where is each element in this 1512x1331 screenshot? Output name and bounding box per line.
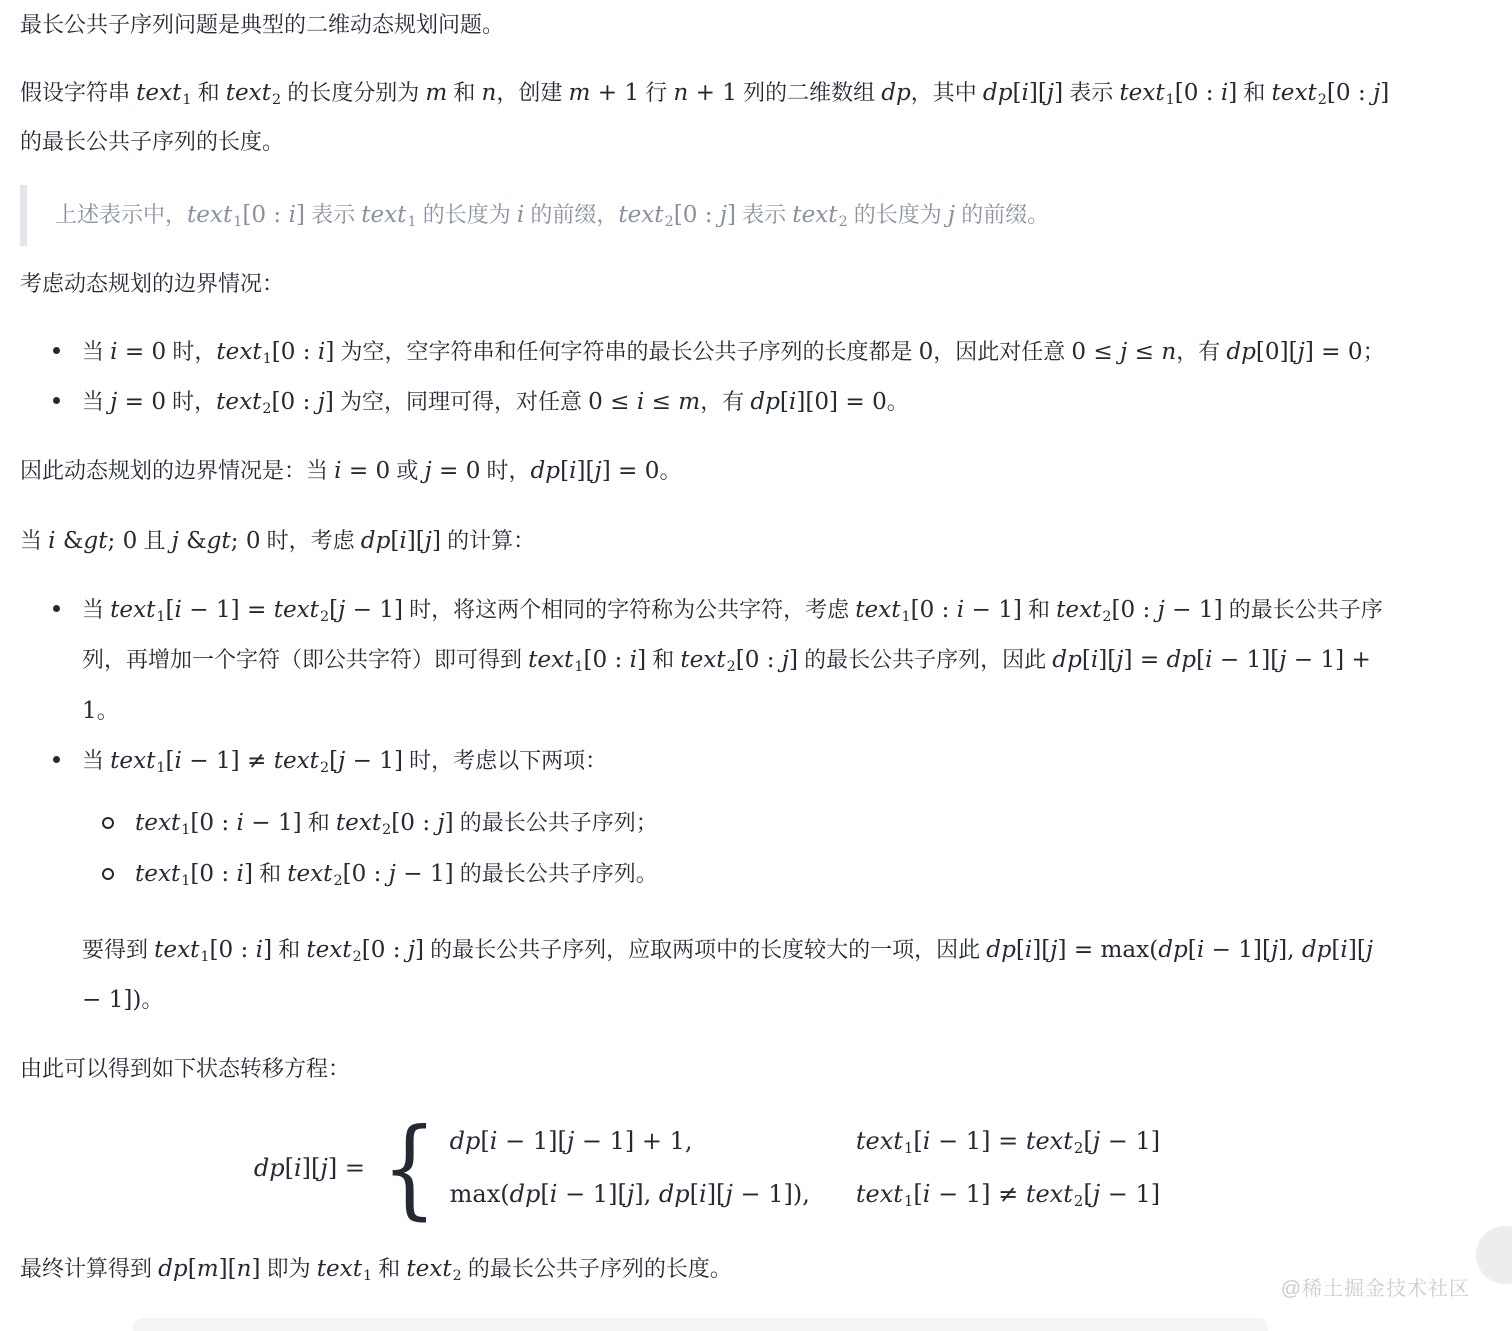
inline-math: text2 (792, 202, 847, 228)
text-run: 时， (166, 389, 216, 414)
inline-math: text1[0 : i] (528, 647, 646, 673)
text-run: 或 (390, 458, 424, 483)
paragraph: 最长公共子序列问题是典型的二维动态规划问题。 (20, 1, 1394, 49)
text-run: 因此动态规划的边界情况是：当 (20, 458, 334, 483)
text-run: 为空，空字符串和任何字符串的最长公共子序列的长度都是 (334, 339, 918, 364)
text-run: 和 (646, 647, 680, 672)
article-page: 最长公共子序列问题是典型的二维动态规划问题。假设字符串 text1 和 text… (0, 0, 1512, 1331)
inline-math: j = 0 (110, 389, 166, 415)
inline-math: text1 (361, 202, 416, 228)
inline-math: dp[i][j] = 0 (531, 458, 660, 484)
text-run: 和 (302, 810, 336, 835)
text-run: 表示 (305, 202, 361, 227)
inline-math: m (425, 80, 447, 106)
text-run: 时， (166, 339, 216, 364)
paragraph: 最终计算得到 dp[m][n] 即为 text1 和 text2 的最长公共子序… (20, 1244, 1394, 1294)
text-run: 的最长公共子序列，因此 (798, 647, 1052, 672)
article-body: 最长公共子序列问题是典型的二维动态规划问题。假设字符串 text1 和 text… (0, 0, 1512, 1294)
text-run: 当 (82, 389, 110, 414)
paragraph: 当 i &gt; 0 且 j &gt; 0 时，考虑 dp[i][j] 的计算： (20, 516, 1394, 566)
inline-math: text1[i − 1] ≠ text2[j − 1] (110, 748, 403, 774)
text-run: 和 (192, 80, 226, 105)
text-run: 的最长公共子序列。 (454, 861, 658, 886)
text-run: 。 (141, 987, 163, 1012)
text-run: ，创建 (496, 80, 568, 105)
text-run: 的计算： (441, 528, 535, 553)
inline-math: text2 (226, 80, 281, 106)
text-run: 要得到 (82, 937, 154, 962)
inline-math: dp[i][0] = 0 (750, 389, 886, 415)
text-run: 。 (887, 389, 909, 414)
text-run: 表示 (1063, 80, 1119, 105)
paragraph: 假设字符串 text1 和 text2 的长度分别为 m 和 n，创建 m + … (20, 68, 1394, 166)
inline-math: j (948, 202, 955, 228)
inline-math: 0 ≤ i ≤ m (588, 389, 700, 415)
text-run: ，有 (700, 389, 750, 414)
text-run: 的长度分别为 (281, 80, 425, 105)
text-run: 最长公共子序列问题是典型的二维动态规划问题。 (20, 12, 504, 37)
inline-math: text2[0 : j] (306, 937, 424, 963)
inline-math: text1[0 : i] (216, 339, 334, 365)
inline-math: dp (881, 80, 911, 106)
inline-math: n + 1 (673, 80, 737, 106)
inline-math: text1[0 : i] (154, 937, 272, 963)
text-run: 和 (1022, 597, 1056, 622)
text-run: 且 (137, 528, 171, 553)
inline-math: i = 0 (110, 339, 166, 365)
case-expression: max(dp[i − 1][j], dp[i][j − 1]), (450, 1173, 810, 1216)
inline-math: dp[0][j] = 0 (1226, 339, 1362, 365)
inline-math: text1[0 : i − 1] (855, 597, 1022, 623)
text-run: ； (1363, 339, 1385, 364)
text-run: 。 (97, 698, 119, 723)
equation-lhs: dp[i][j] = (254, 1142, 365, 1194)
text-run: 当 (82, 597, 110, 622)
inline-math: text1[0 : i] (1119, 80, 1237, 106)
text-run: 时，考虑 (261, 528, 361, 553)
text-run: 的长度为 (417, 202, 517, 227)
text-run: 由此可以得到如下状态转移方程： (20, 1056, 350, 1081)
inline-math: text1[0 : i − 1] (135, 810, 302, 836)
equation-block: dp[i][j] ={dp[i − 1][j − 1] + 1,text1[i … (20, 1119, 1394, 1218)
text-run: 表示 (736, 202, 792, 227)
case-expression: dp[i − 1][j − 1] + 1, (450, 1120, 810, 1163)
inline-math: text1[0 : i] (187, 202, 305, 228)
list-item: text1[0 : i] 和 text2[0 : j − 1] 的最长公共子序列… (82, 849, 1394, 899)
inline-math: text2[0 : j] (1272, 80, 1390, 106)
text-run: 的最长公共子序列的长度。 (20, 129, 284, 154)
text-run: 考虑动态规划的边界情况： (20, 271, 284, 296)
text-run: 时， (480, 458, 530, 483)
case-condition: text1[i − 1] = text2[j − 1] (856, 1120, 1160, 1163)
paragraph: 考虑动态规划的边界情况： (20, 260, 1394, 308)
paragraph: 因此动态规划的边界情况是：当 i = 0 或 j = 0 时，dp[i][j] … (20, 446, 1394, 496)
text-run: ，其中 (911, 80, 983, 105)
blockquote: 上述表示中，text1[0 : i] 表示 text1 的长度为 i 的前缀，t… (20, 185, 1394, 245)
text-run: 和 (372, 1256, 406, 1281)
inline-math: dp[i][j] (361, 528, 441, 554)
inline-math: 0 (919, 339, 934, 365)
text-run: 的前缀， (524, 202, 618, 227)
text-run: 时，将这两个相同的字符称为公共字符，考虑 (403, 597, 855, 622)
text-run: 和 (1237, 80, 1271, 105)
bullet-list: 当 text1[i − 1] = text2[j − 1] 时，将这两个相同的字… (20, 585, 1394, 1026)
text-run: 当 (82, 748, 110, 773)
inline-math: i = 0 (334, 458, 390, 484)
text-run: 和 (272, 937, 306, 962)
inline-math: n (481, 80, 496, 106)
bullet-list: 当 i = 0 时，text1[0 : i] 为空，空字符串和任何字符串的最长公… (20, 327, 1394, 428)
inline-math: dp[i][j] (983, 80, 1063, 106)
list-item: 当 text1[i − 1] = text2[j − 1] 时，将这两个相同的字… (20, 585, 1394, 736)
text-run: 和 (447, 80, 481, 105)
watermark: @稀土掘金技术社区 (1281, 1272, 1470, 1301)
cases-grid: dp[i − 1][j − 1] + 1,text1[i − 1] = text… (450, 1120, 1160, 1216)
list-item: 当 text1[i − 1] ≠ text2[j − 1] 时，考虑以下两项：t… (20, 736, 1394, 1026)
text-run: 为空，同理可得，对任意 (334, 389, 588, 414)
paragraph: 要得到 text1[0 : i] 和 text2[0 : j] 的最长公共子序列… (82, 925, 1394, 1026)
text-run: 列的二维数组 (737, 80, 881, 105)
text-run: 假设字符串 (20, 80, 136, 105)
inline-math: j = 0 (424, 458, 480, 484)
list-item: 当 i = 0 时，text1[0 : i] 为空，空字符串和任何字符串的最长公… (20, 327, 1394, 377)
text-run: 的最长公共子序列，应取两项中的长度较大的一项，因此 (424, 937, 986, 962)
paragraph: 由此可以得到如下状态转移方程： (20, 1045, 1394, 1093)
text-run: 当 (82, 339, 110, 364)
text-run: 的前缀。 (955, 202, 1049, 227)
text-run: ，因此对任意 (933, 339, 1071, 364)
text-run: 最终计算得到 (20, 1256, 158, 1281)
text-run: 的长度为 (848, 202, 948, 227)
inline-math: text1[0 : i] (135, 861, 253, 887)
cases-brace-glyph: { (382, 1119, 437, 1218)
text-run: 的最长公共子序列的长度。 (462, 1256, 732, 1281)
text-run: 即为 (261, 1256, 317, 1281)
text-run: ，有 (1176, 339, 1226, 364)
text-run: 上述表示中， (55, 202, 187, 227)
inline-math: dp[m][n] (158, 1256, 260, 1282)
codeblock-top-edge (133, 1318, 1268, 1331)
inline-math: text2 (406, 1256, 461, 1282)
text-run: 时，考虑以下两项： (403, 748, 607, 773)
inline-math: j &gt; 0 (172, 528, 261, 554)
sub-bullet-list: text1[0 : i − 1] 和 text2[0 : j] 的最长公共子序列… (82, 798, 1394, 899)
text-run: 当 (20, 528, 48, 553)
text-run: 行 (639, 80, 673, 105)
inline-math: text2[0 : j] (216, 389, 334, 415)
inline-math: text1 (136, 80, 191, 106)
case-condition: text1[i − 1] ≠ text2[j − 1] (856, 1173, 1160, 1216)
inline-math: i &gt; 0 (48, 528, 137, 554)
text-run: 的最长公共子序列； (454, 810, 658, 835)
inline-math: text1[i − 1] = text2[j − 1] (110, 597, 403, 623)
inline-math: text2[0 : j − 1] (287, 861, 453, 887)
text-run: 。 (659, 458, 681, 483)
inline-math: text2[0 : j − 1] (1056, 597, 1222, 623)
text-run: 和 (253, 861, 287, 886)
inline-math: m + 1 (568, 80, 639, 106)
inline-math: text1 (317, 1256, 372, 1282)
inline-math: text2[0 : j] (336, 810, 454, 836)
inline-math: text2[0 : j] (680, 647, 798, 673)
inline-math: text2[0 : j] (618, 202, 736, 228)
list-item: text1[0 : i − 1] 和 text2[0 : j] 的最长公共子序列… (82, 798, 1394, 848)
list-item: 当 j = 0 时，text2[0 : j] 为空，同理可得，对任意 0 ≤ i… (20, 377, 1394, 427)
inline-math: 0 ≤ j ≤ n (1071, 339, 1176, 365)
